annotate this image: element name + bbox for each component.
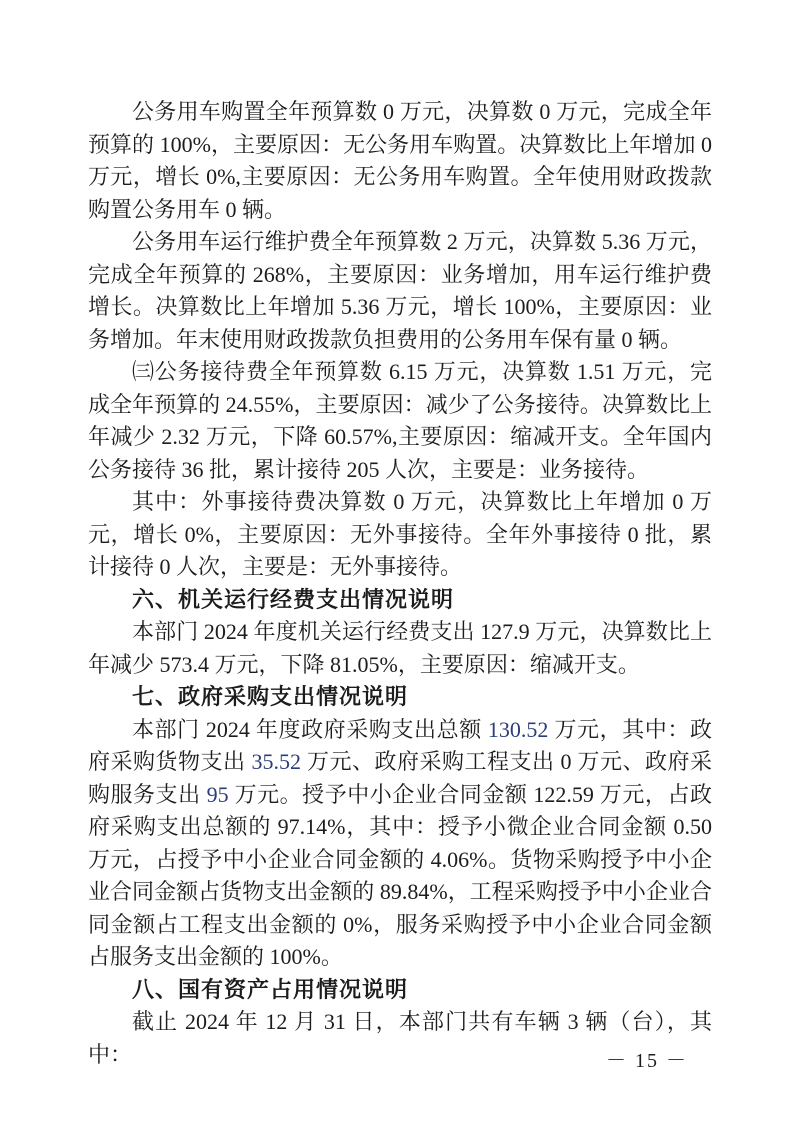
page-number: － 15 －: [606, 1046, 688, 1076]
text-run: 本部门 2024 年度政府采购支出总额: [132, 717, 488, 742]
text-run: 其中：外事接待费决算数 0 万元，决算数比上年增加 0 万元，增长 0%，主要原…: [88, 489, 712, 579]
text-run: 公务用车购置全年预算数 0 万元，决算数 0 万元，完成全年预算的 100%，主…: [88, 99, 712, 222]
text-run: 八、国有资产占用情况说明: [132, 977, 408, 1002]
body-paragraph: ㈢公务接待费全年预算数 6.15 万元，决算数 1.51 万元，完成全年预算的 …: [88, 356, 712, 486]
page-footer: － 15 －: [0, 1046, 793, 1076]
text-run: 七、政府采购支出情况说明: [132, 684, 408, 709]
text-run: 公务用车运行维护费全年预算数 2 万元，决算数 5.36 万元，完成全年预算的 …: [88, 229, 712, 352]
text-run: 六、机关运行经费支出情况说明: [132, 587, 454, 612]
highlighted-amount: 130.52: [488, 717, 549, 742]
body-paragraph: 其中：外事接待费决算数 0 万元，决算数比上年增加 0 万元，增长 0%，主要原…: [88, 486, 712, 584]
section-heading: 七、政府采购支出情况说明: [88, 681, 712, 714]
text-run: ㈢公务接待费全年预算数 6.15 万元，决算数 1.51 万元，完成全年预算的 …: [88, 359, 712, 482]
section-heading: 六、机关运行经费支出情况说明: [88, 584, 712, 617]
body-paragraph: 公务用车运行维护费全年预算数 2 万元，决算数 5.36 万元，完成全年预算的 …: [88, 226, 712, 356]
body-paragraph: 公务用车购置全年预算数 0 万元，决算数 0 万元，完成全年预算的 100%，主…: [88, 96, 712, 226]
highlighted-amount: 35.52: [252, 749, 302, 774]
body-paragraph: 本部门 2024 年度机关运行经费支出 127.9 万元，决算数比上年减少 57…: [88, 616, 712, 681]
section-heading: 八、国有资产占用情况说明: [88, 974, 712, 1007]
text-run: 万元。授予中小企业合同金额 122.59 万元，占政府采购支出总额的 97.14…: [88, 782, 712, 970]
body-paragraph: 本部门 2024 年度政府采购支出总额 130.52 万元，其中：政府采购货物支…: [88, 714, 712, 974]
highlighted-amount: 95: [207, 782, 229, 807]
text-run: 本部门 2024 年度机关运行经费支出 127.9 万元，决算数比上年减少 57…: [88, 619, 712, 677]
document-page: 公务用车购置全年预算数 0 万元，决算数 0 万元，完成全年预算的 100%，主…: [0, 0, 793, 1122]
document-body: 公务用车购置全年预算数 0 万元，决算数 0 万元，完成全年预算的 100%，主…: [88, 96, 712, 1071]
